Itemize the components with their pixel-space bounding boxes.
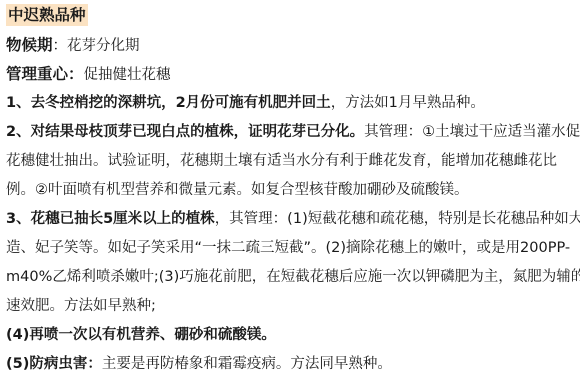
item-text: 花穗健壮抽出。试验证明，花穗期土壤有适当水分有利于雌花发育，能增加花穗雌花比 [6,153,557,169]
focus-line: 管理重心：促抽健壮花穗 [6,60,574,89]
phenology-line: 物候期：花芽分化期 [6,31,574,60]
paragraph-line: (4)再喷一次以有机营养、硼砂和硫酸镁。 [6,321,574,350]
item-bold: (4)再喷一次以有机营养、硼砂和硫酸镁。 [6,327,276,343]
item-text: 例。②叶面喷有机型营养和微量元素。如复合型核苷酸加硼砂及硫酸镁。 [6,182,469,198]
focus-label: 管理重心： [6,65,84,83]
paragraph-line: (5)防病虫害：主要是再防椿象和霜霉疫病。方法同早熟种。 [6,350,574,371]
paragraph-line: m40%乙烯利喷杀嫩叶;(3)巧施花前肥，在短截花穗后应施一次以钾磷肥为主，氮肥… [6,263,574,292]
focus-value: 促抽健壮花穗 [84,67,171,83]
item-bold: 2、对结果母枝顶芽已现白点的植株，证明花芽已分化。 [6,124,364,140]
item-text: m40%乙烯利喷杀嫩叶;(3)巧施花前肥，在短截花穗后应施一次以钾磷肥为主，氮肥… [6,269,580,285]
item-text: ，方法如1月早熟品种。 [331,95,485,111]
paragraph-line: 3、花穗已抽长5厘米以上的植株，其管理：(1)短截花穗和疏花穗，特别是长花穗品种… [6,205,574,234]
phenology-value: 花芽分化期 [67,38,140,54]
item-text: ，其管理：(1)短截花穗和疏花穗，特别是长花穗品种如大 [215,211,580,227]
paragraph-line: 2、对结果母枝顶芽已现白点的植株，证明花芽已分化。其管理：①土壤过干应适当灌水促 [6,118,574,147]
item-text: 造、妃子笑等。如妃子笑采用“一抹二疏三短截”。(2)摘除花穗上的嫩叶，或是用20… [6,240,570,256]
item-bold: (5)防病虫害： [6,356,102,371]
section-title: 中迟熟品种 [6,4,88,26]
title-line: 中迟熟品种 [6,3,574,31]
phenology-sep: ： [53,38,68,54]
paragraph-line: 造、妃子笑等。如妃子笑采用“一抹二疏三短截”。(2)摘除花穗上的嫩叶，或是用20… [6,234,574,263]
paragraph-line: 花穗健壮抽出。试验证明，花穗期土壤有适当水分有利于雌花发育，能增加花穗雌花比 [6,147,574,176]
paragraph-line: 1、去冬控梢挖的深耕坑，2月份可施有机肥并回土，方法如1月早熟品种。 [6,89,574,118]
item-text: 速效肥。方法如早熟种; [6,298,156,314]
item-bold: 3、花穗已抽长5厘米以上的植株 [6,211,215,227]
item-text: 其管理：①土壤过干应适当灌水促 [364,124,580,140]
item-bold: 1、去冬控梢挖的深耕坑，2月份可施有机肥并回土 [6,95,331,111]
item-text: 主要是再防椿象和霜霉疫病。方法同早熟种。 [102,356,392,371]
document: 中迟熟品种 物候期：花芽分化期 管理重心：促抽健壮花穗 1、去冬控梢挖的深耕坑，… [0,0,580,371]
paragraph-line: 例。②叶面喷有机型营养和微量元素。如复合型核苷酸加硼砂及硫酸镁。 [6,176,574,205]
paragraph-line: 速效肥。方法如早熟种; [6,292,574,321]
phenology-label: 物候期 [6,36,53,54]
